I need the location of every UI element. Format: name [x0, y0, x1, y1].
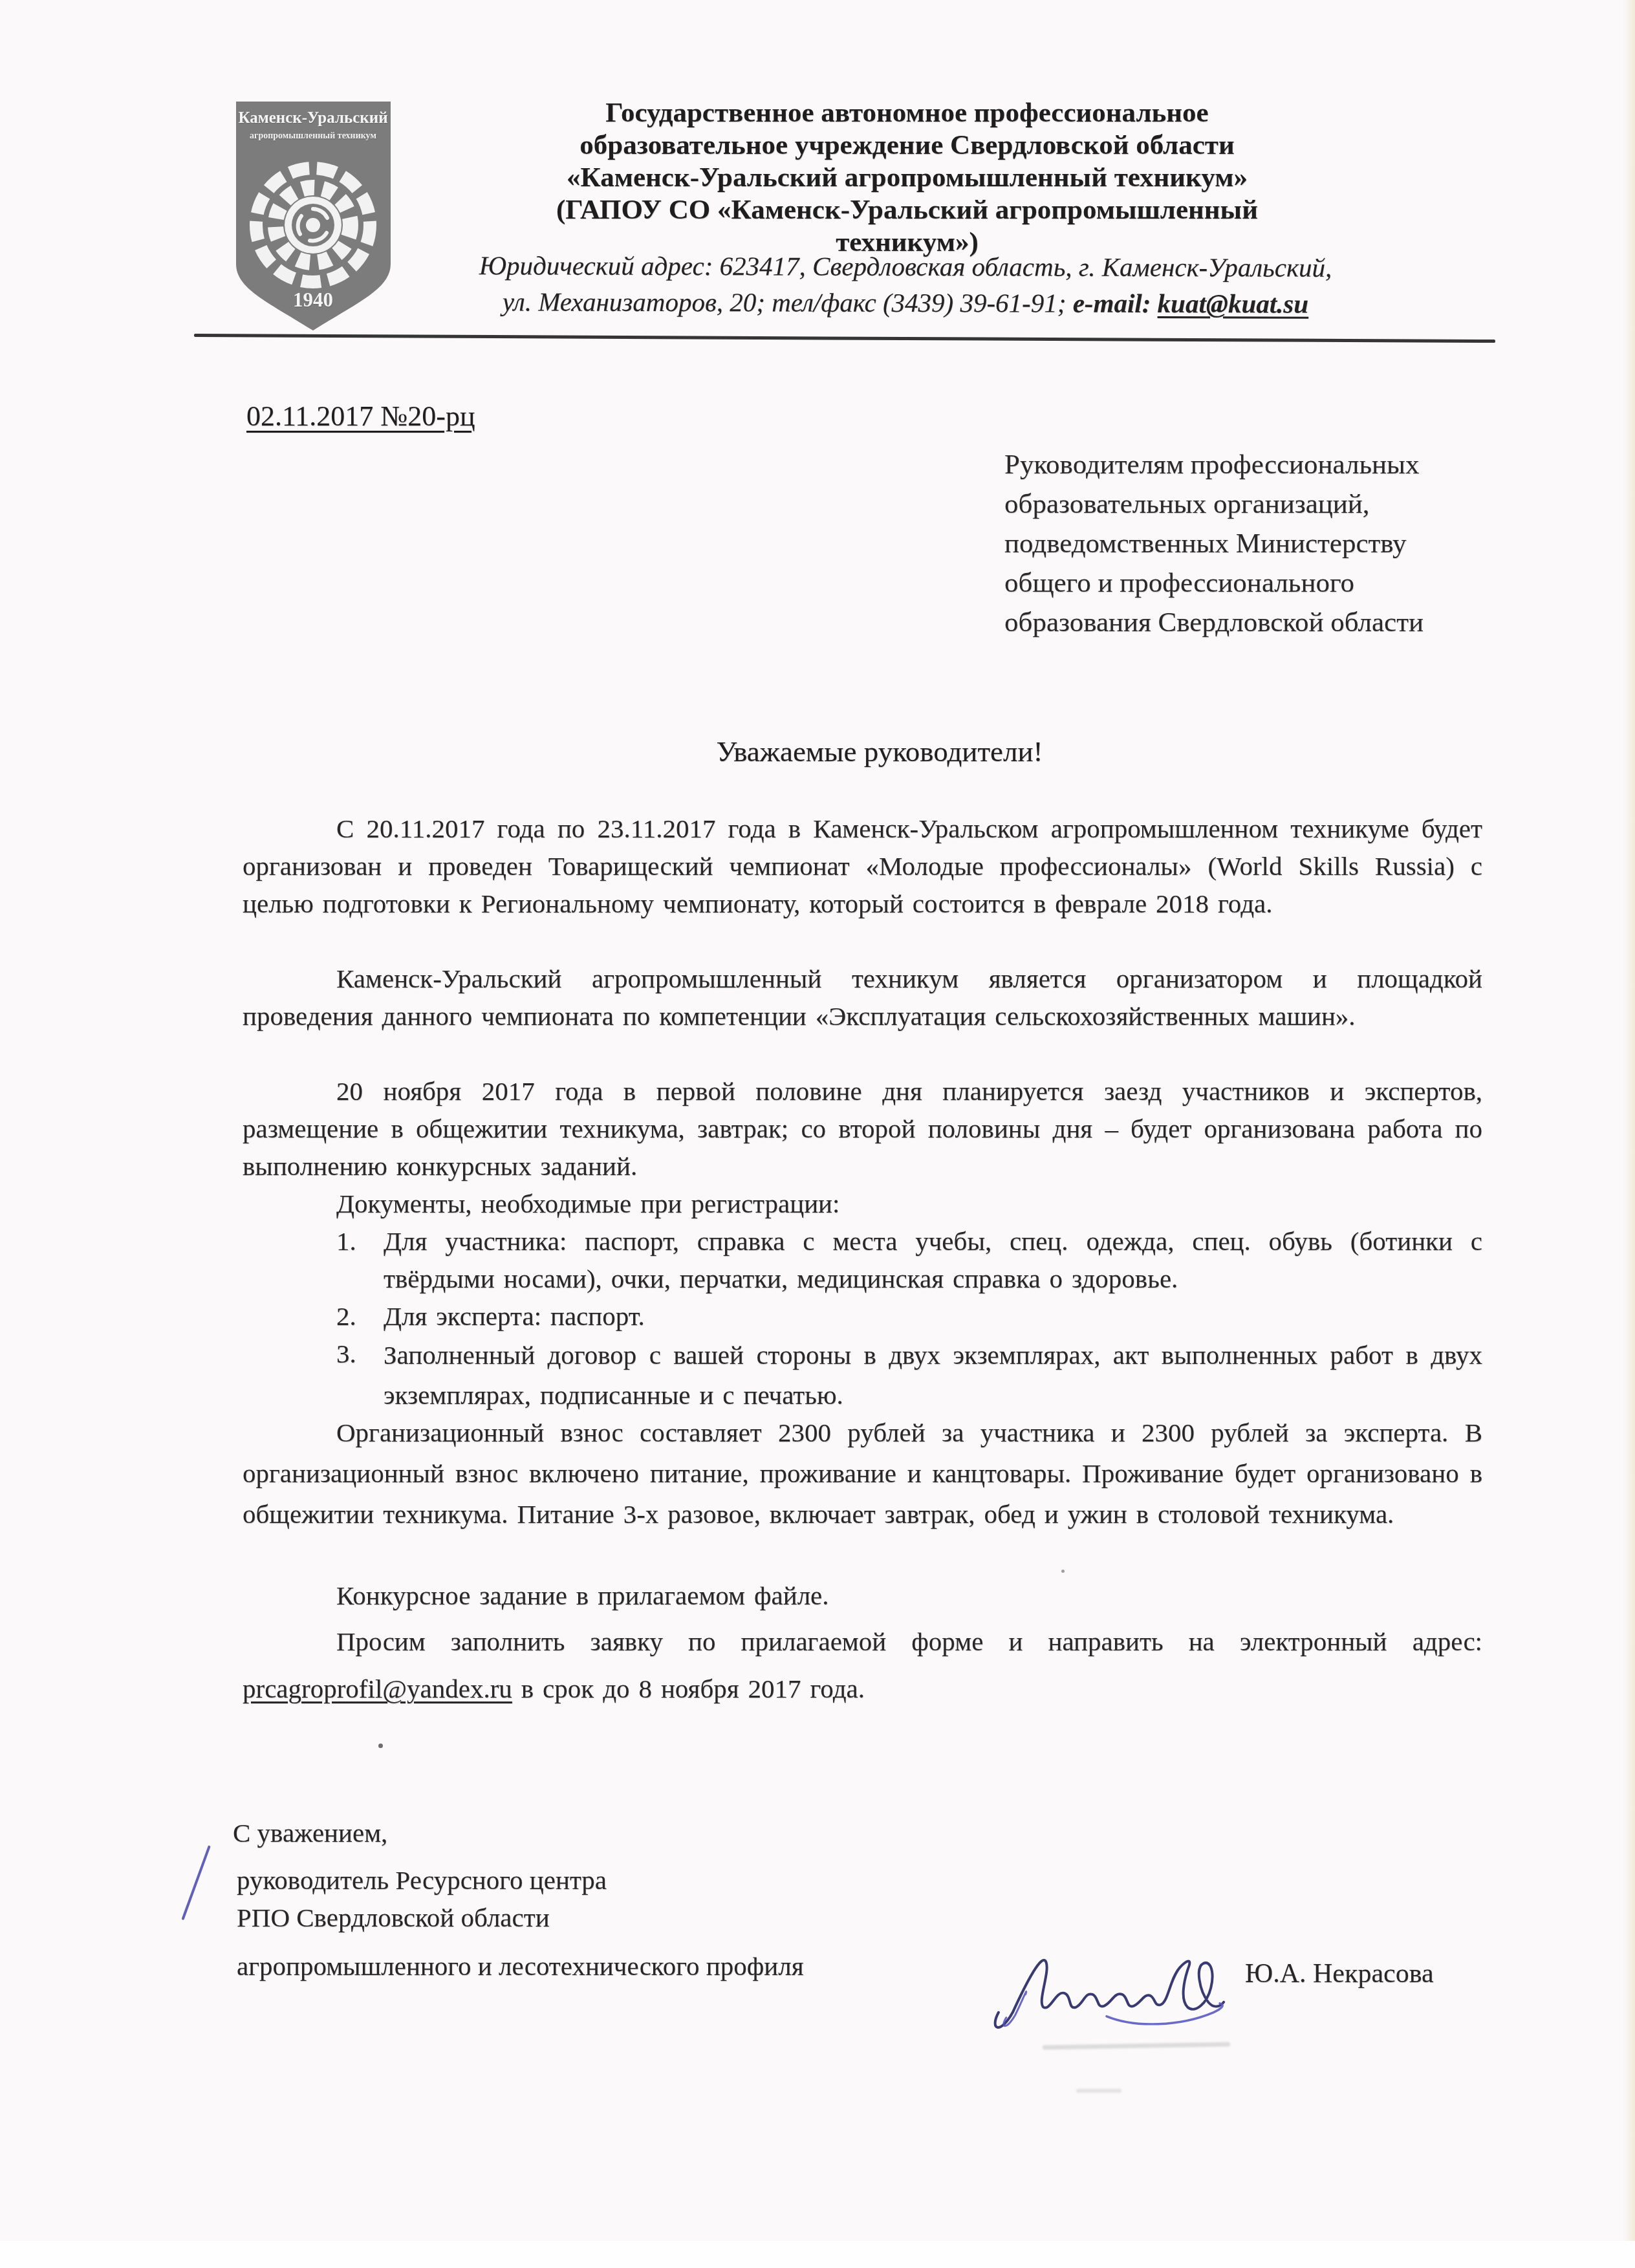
org-phone-text: ул. Механизаторов, 20; тел/факс (3439) 3… — [503, 286, 1073, 318]
org-address-line2: ул. Механизаторов, 20; тел/факс (3439) 3… — [446, 283, 1365, 322]
logo-subtitle-text: агропромышленный техникум — [250, 131, 376, 141]
contact-email-text: prcagroprofil@yandex.ru — [243, 1674, 512, 1703]
reference-number: 02.11.2017 №20-рц — [246, 400, 475, 433]
ink-dot-artifact — [1061, 1570, 1065, 1573]
list-item-text: Заполненный договор с вашей стороны в дв… — [384, 1335, 1482, 1415]
pen-stroke-mark — [181, 1845, 210, 1920]
scan-bottom-band — [0, 2241, 1635, 2268]
closing-phrase: С уважением, — [233, 1817, 387, 1848]
list-item-number: 2. — [336, 1297, 384, 1335]
org-name-line1: Государственное автономное профессиональ… — [488, 97, 1326, 129]
list-item-text: Для эксперта: паспорт. — [384, 1297, 1482, 1335]
org-name-line2: образовательное учреждение Свердловской … — [488, 129, 1326, 162]
list-item-text: Для участника: паспорт, справка с места … — [384, 1222, 1482, 1297]
org-address-block: Юридический адрес: 623417, Свердловская … — [446, 247, 1365, 322]
paragraph-1: С 20.11.2017 года по 23.11.2017 года в К… — [243, 810, 1482, 922]
handwritten-signature-icon — [987, 1940, 1231, 2037]
paragraph-2: Каменск-Уральский агропромышленный техни… — [243, 960, 1482, 1035]
org-address-line1: Юридический адрес: 623417, Свердловская … — [446, 247, 1365, 286]
signer-title-line: агропромышленного и лесотехнического про… — [237, 1950, 804, 1982]
list-item: 2. Для эксперта: паспорт. — [243, 1297, 1482, 1335]
scan-edge-shading — [1623, 0, 1635, 2268]
org-name-block: Государственное автономное профессиональ… — [488, 97, 1326, 259]
ink-dot-artifact — [378, 1744, 383, 1748]
list-item-number: 1. — [336, 1222, 384, 1260]
scanned-letter-page: Каменск-Уральский агропромышленный техни… — [0, 0, 1635, 2268]
addressee-line: общего и профессионального — [1004, 563, 1515, 603]
paragraph-6: Просим заполнить заявку по прилагаемой ф… — [243, 1618, 1482, 1712]
signer-title-line: руководитель Ресурсного центра — [237, 1864, 607, 1895]
logo-year-text: 1940 — [293, 288, 333, 311]
addressee-line: образования Свердловской области — [1004, 603, 1515, 642]
email-label: e-mail: — [1073, 288, 1158, 318]
pencil-smudge — [1043, 2042, 1230, 2049]
documents-intro: Документы, необходимые при регистрации: — [243, 1185, 1482, 1222]
salutation: Уважаемые руководители! — [492, 735, 1268, 768]
addressee-line: подведомственных Министерству — [1004, 524, 1515, 563]
documents-list: 1. Для участника: паспорт, справка с мес… — [243, 1222, 1482, 1415]
addressee-block: Руководителям профессиональных образоват… — [1004, 445, 1515, 642]
paragraph-5: Конкурсное задание в прилагаемом файле. — [243, 1575, 1482, 1616]
addressee-line: образовательных организаций, — [1004, 484, 1515, 524]
list-item: 3. Заполненный договор с вашей стороны в… — [243, 1335, 1482, 1415]
org-email-text: kuat@kuat.su — [1158, 288, 1309, 319]
paragraph-6-text: Просим заполнить заявку по прилагаемой ф… — [336, 1626, 1482, 1656]
technikum-emblem: Каменск-Уральский агропромышленный техни… — [232, 98, 395, 339]
addressee-line: Руководителям профессиональных — [1004, 445, 1515, 484]
logo-title-text: Каменск-Уральский — [238, 109, 387, 127]
signer-title-line: РПО Свердловской области — [237, 1902, 550, 1933]
paragraph-3: 20 ноября 2017 года в первой половине дн… — [243, 1072, 1482, 1185]
shield-logo-icon: Каменск-Уральский агропромышленный техни… — [232, 98, 395, 339]
list-item: 1. Для участника: паспорт, справка с мес… — [243, 1222, 1482, 1297]
paragraph-6-text: в срок до 8 ноября 2017 года. — [512, 1674, 865, 1703]
org-name-line3: «Каменск-Уральский агропромышленный техн… — [488, 162, 1326, 194]
signer-name: Ю.А. Некрасова — [1245, 1958, 1434, 1989]
list-item-number: 3. — [336, 1335, 384, 1372]
paragraph-4: Организационный взнос составляет 2300 ру… — [243, 1412, 1482, 1535]
signature-autograph — [987, 1940, 1231, 2037]
pencil-smudge — [1076, 2089, 1121, 2093]
